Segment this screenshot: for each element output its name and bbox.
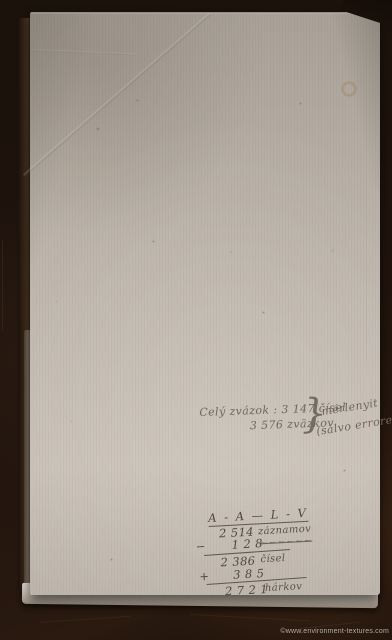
- calc-row-value: 2 7 2 1: [225, 582, 269, 598]
- cover-scratch: [40, 616, 130, 623]
- calc-row-sign: +: [199, 569, 210, 584]
- cover-scratch: [190, 614, 310, 621]
- note-volume-label: Celý zvázok :: [199, 403, 278, 419]
- calc-row-label: čísel: [260, 553, 286, 565]
- cover-scratch: [2, 240, 3, 330]
- calc-row-label: hárkov: [265, 581, 303, 594]
- calc-row-sign: −: [195, 539, 206, 554]
- handwritten-note-calculation: A - A — L - V 2 514 záznamov − 1 2 8 ~~~…: [194, 504, 338, 597]
- photo-old-book-page: Celý zvázok : 3 147 čísel 3 576 zväzkov …: [0, 0, 392, 640]
- calc-row-label-scribble: ~~~~~~: [259, 536, 312, 550]
- watermark-text: ©www.environment-textures.com: [280, 628, 389, 635]
